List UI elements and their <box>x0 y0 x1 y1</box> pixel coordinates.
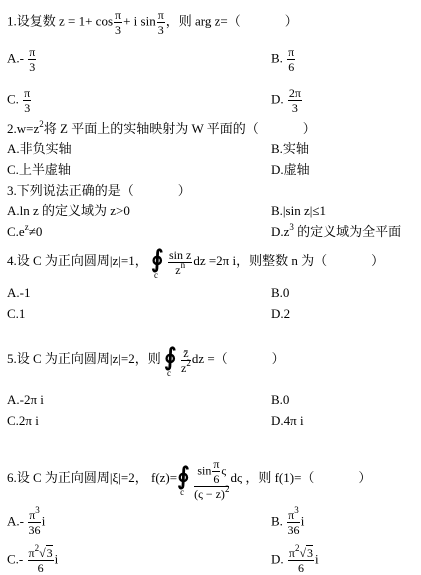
option-label: B. <box>271 141 283 156</box>
fraction: π6 <box>287 45 295 74</box>
option-label: D. <box>271 413 284 428</box>
option-text: 0 <box>283 392 290 407</box>
contour-integral: ∮c <box>151 247 167 277</box>
option-label: A. <box>7 285 20 300</box>
option-5b: B.0 <box>271 392 289 408</box>
denominator: 3 <box>28 60 36 74</box>
option-3d: D.z3 的定义域为全平面 <box>271 224 401 240</box>
fraction: π2√36 <box>28 546 54 575</box>
option-2b: B.实轴 <box>271 141 309 157</box>
numerator: π <box>287 45 295 60</box>
option-label: C. <box>7 224 19 239</box>
option-label: C. <box>7 551 19 566</box>
denominator: 6 <box>28 561 54 575</box>
num-text: ς <box>221 463 226 477</box>
superscript: 3 <box>294 505 299 515</box>
stem-text: ） <box>178 183 191 198</box>
option-1c: C. π3 <box>7 86 32 115</box>
option-4d: D.2 <box>271 306 290 322</box>
option-4b: B.0 <box>271 285 289 301</box>
option-label: C. <box>7 162 19 177</box>
denominator: 3 <box>114 23 122 37</box>
option-text: -1 <box>20 285 31 300</box>
option-label: C. <box>7 306 19 321</box>
inner-fraction: π6 <box>212 457 220 486</box>
option-text: 上半虚轴 <box>19 162 71 177</box>
question-5-stem: 5.设 C 为正向圆周|z|=2，则 ∮cz̄z2dz =（） <box>7 345 285 375</box>
option-text: 非负实轴 <box>20 141 72 156</box>
question-4-stem: 4.设 C 为正向圆周|z|=1， ∮csin zzndz =2π i，则整数 … <box>7 247 384 277</box>
option-4a: A.-1 <box>7 285 30 301</box>
option-1a: A.- π3 <box>7 45 37 74</box>
fraction: π336 <box>28 508 41 537</box>
denominator: 3 <box>288 101 302 115</box>
denominator: zn <box>168 263 192 277</box>
fraction: π3 <box>114 8 122 37</box>
question-number: 3. <box>7 183 17 198</box>
denominator: z2 <box>181 361 191 375</box>
stem-text: w=z <box>17 121 40 136</box>
option-label: B. <box>271 203 283 218</box>
stem-text: 设 C 为正向圆周|z|=2，则 <box>17 351 161 366</box>
stem-text: dz =（ <box>192 351 228 366</box>
option-2a: A.非负实轴 <box>7 141 72 157</box>
option-text: 1 <box>19 306 26 321</box>
fraction: π3 <box>157 8 165 37</box>
option-1b: B. π6 <box>271 45 296 74</box>
option-text: 4π i <box>284 413 304 428</box>
question-number: 4. <box>7 253 17 268</box>
sign: - <box>19 551 23 566</box>
option-label: D. <box>271 162 284 177</box>
option-3a: A.ln z 的定义域为 z>0 <box>7 203 130 219</box>
option-label: A. <box>7 141 20 156</box>
superscript: 2 <box>295 543 300 553</box>
option-label: C. <box>7 413 19 428</box>
option-1d: D. 2π3 <box>271 86 303 115</box>
imaginary-unit: i <box>301 513 305 528</box>
stem-text: ） <box>285 13 298 28</box>
option-5c: C.2π i <box>7 413 39 429</box>
option-label: B. <box>271 285 283 300</box>
stem-text: + i sin <box>123 13 156 28</box>
option-2c: C.上半虚轴 <box>7 162 71 178</box>
sqrt-radicand: 3 <box>46 545 53 560</box>
fraction: sin zzn <box>168 248 192 277</box>
option-text: 0 <box>283 285 290 300</box>
stem-text: 设复数 z = 1+ cos <box>17 13 113 28</box>
option-3c: C.ez≠0 <box>7 224 42 240</box>
option-text: 2 <box>284 306 291 321</box>
option-2d: D.虚轴 <box>271 162 310 178</box>
numerator: π3 <box>287 508 300 523</box>
option-label: D. <box>271 551 284 566</box>
numerator: π <box>28 45 36 60</box>
numerator: π3 <box>28 508 41 523</box>
question-number: 2. <box>7 121 17 136</box>
denominator: 6 <box>288 561 314 575</box>
option-text: 虚轴 <box>284 162 310 177</box>
num-text: sin <box>197 463 211 477</box>
stem-text: ） <box>358 470 371 485</box>
integral-subscript: c <box>154 271 158 280</box>
fraction: π3 <box>28 45 36 74</box>
question-number: 1. <box>7 13 17 28</box>
imaginary-unit: i <box>315 551 319 566</box>
contour-integral: ∮c <box>177 464 193 494</box>
option-6a: A.- π336i <box>7 508 45 537</box>
fraction: π2√36 <box>288 546 314 575</box>
superscript: 2 <box>225 484 230 494</box>
imaginary-unit: i <box>55 551 59 566</box>
option-text: -2π i <box>20 392 44 407</box>
option-text: ln z 的定义域为 z>0 <box>20 203 130 218</box>
numerator: π <box>157 8 165 23</box>
option-label: B. <box>271 392 283 407</box>
denominator: 6 <box>212 472 220 486</box>
denominator: 3 <box>23 101 31 115</box>
superscript: 2 <box>35 543 40 553</box>
numerator: π2√3 <box>288 546 314 561</box>
option-6d: D. π2√36i <box>271 546 319 575</box>
denominator: 3 <box>157 23 165 37</box>
stem-text: 设 C 为正向圆周|ξ|=2， f(z)= <box>17 470 177 485</box>
option-text: ≠0 <box>29 224 43 239</box>
question-number: 6. <box>7 470 17 485</box>
option-label: A. <box>7 392 20 407</box>
stem-text: ） <box>272 351 285 366</box>
numerator: π <box>23 86 31 101</box>
denominator: 36 <box>28 523 41 537</box>
superscript: 2 <box>186 358 191 368</box>
sqrt-radicand: 3 <box>306 545 313 560</box>
stem-text: 下列说法正确的是（ <box>17 183 134 198</box>
option-label: D. <box>271 306 284 321</box>
question-2-stem: 2.w=z2将 Z 平面上的实轴映射为 W 平面的（） <box>7 121 316 137</box>
superscript: 3 <box>35 505 40 515</box>
option-label: C. <box>7 91 19 106</box>
numerator: π2√3 <box>28 546 54 561</box>
stem-text: 设 C 为正向圆周|z|=1， <box>17 253 148 268</box>
numerator: π <box>114 8 122 23</box>
option-3b: B.|sin z|≤1 <box>271 203 326 219</box>
question-3-stem: 3.下列说法正确的是（） <box>7 183 191 199</box>
fraction: sinπ6ς(ς − z)2 <box>194 457 229 501</box>
option-label: D. <box>271 224 284 239</box>
sign: - <box>20 513 24 528</box>
integral-subscript: c <box>167 369 171 378</box>
contour-integral: ∮c <box>164 345 180 375</box>
imaginary-unit: i <box>42 513 46 528</box>
fraction: z̄z2 <box>181 346 191 375</box>
option-label: A. <box>7 50 20 65</box>
option-4c: C.1 <box>7 306 25 322</box>
stem-text: ） <box>371 253 384 268</box>
option-label: D. <box>271 91 284 106</box>
integral-subscript: c <box>180 488 184 497</box>
fraction: π3 <box>23 86 31 115</box>
numerator: π <box>212 457 220 472</box>
option-label: A. <box>7 513 20 528</box>
option-text: 的定义域为全平面 <box>294 224 401 239</box>
denominator: 36 <box>287 523 300 537</box>
stem-text: ） <box>303 121 316 136</box>
den-base: (ς − z) <box>194 487 225 501</box>
fraction: π336 <box>287 508 300 537</box>
option-6c: C.- π2√36i <box>7 546 58 575</box>
superscript: n <box>181 260 186 270</box>
option-5d: D.4π i <box>271 413 304 429</box>
option-text: 2π i <box>19 413 39 428</box>
option-6b: B. π336i <box>271 508 304 537</box>
stem-text: dz =2π i，则整数 n 为（ <box>193 253 327 268</box>
option-label: A. <box>7 203 20 218</box>
option-text: |sin z|≤1 <box>283 203 326 218</box>
question-number: 5. <box>7 351 17 366</box>
option-text: 实轴 <box>283 141 309 156</box>
fraction: 2π3 <box>288 86 302 115</box>
question-1-stem: 1.设复数 z = 1+ cosπ3+ i sinπ3，则 arg z=（） <box>7 8 298 37</box>
numerator: sinπ6ς <box>194 457 229 487</box>
stem-text: ，则 arg z=（ <box>166 13 241 28</box>
option-5a: A.-2π i <box>7 392 44 408</box>
stem-text: dς ，则 f(1)=（ <box>230 470 314 485</box>
numerator: 2π <box>288 86 302 101</box>
question-6-stem: 6.设 C 为正向圆周|ξ|=2， f(z)=∮csinπ6ς(ς − z)2d… <box>7 457 371 501</box>
denominator: (ς − z)2 <box>194 487 229 501</box>
denominator: 6 <box>287 60 295 74</box>
sign: - <box>20 50 24 65</box>
option-label: B. <box>271 513 283 528</box>
option-label: B. <box>271 50 283 65</box>
stem-text: 将 Z 平面上的实轴映射为 W 平面的（ <box>44 121 259 136</box>
